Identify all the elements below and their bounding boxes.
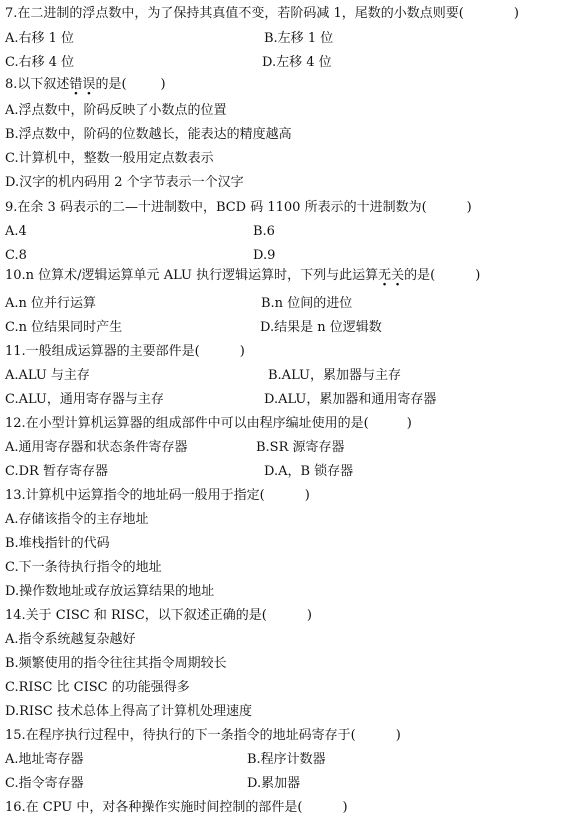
option-10c: C.n 位结果同时产生 bbox=[5, 320, 122, 336]
option-7b: B.左移 1 位 bbox=[264, 31, 333, 47]
option-14a: A.指令系统越复杂越好 bbox=[5, 632, 136, 648]
option-12c: C.DR 暂存寄存器 bbox=[5, 464, 108, 480]
question-8-stem: 8.以下叙述错误的是() bbox=[5, 77, 166, 93]
question-text: 13.计算机中运算指令的地址码一般用于指定( bbox=[5, 488, 265, 503]
question-text: 12.在小型计算机运算器的组成部件中可以由程序编址使用的是( bbox=[5, 416, 369, 431]
option-14c: C.RISC 比 CISC 的功能强得多 bbox=[5, 680, 190, 696]
question-text: 10.n 位算术/逻辑运算单元 ALU 执行逻辑运算时，下列与此运算 bbox=[5, 268, 378, 283]
question-15-stem: 15.在程序执行过程中，待执行的下一条指令的地址码寄存于() bbox=[5, 728, 401, 744]
option-12a: A.通用寄存器和状态条件寄存器 bbox=[5, 440, 188, 456]
option-15a: A.地址寄存器 bbox=[5, 752, 84, 768]
option-13d: D.操作数地址或存放运算结果的地址 bbox=[5, 584, 214, 600]
option-7c: C.右移 4 位 bbox=[5, 55, 74, 71]
question-text: 16.在 CPU 中，对各种操作实施时间控制的部件是( bbox=[5, 800, 302, 815]
question-12-stem: 12.在小型计算机运算器的组成部件中可以由程序编址使用的是() bbox=[5, 416, 412, 432]
question-11-stem: 11.一般组成运算器的主要部件是() bbox=[5, 344, 245, 360]
option-7d: D.左移 4 位 bbox=[262, 55, 332, 71]
option-13c: C.下一条待执行指令的地址 bbox=[5, 560, 162, 576]
option-15d: D.累加器 bbox=[247, 776, 300, 792]
question-10-stem: 10.n 位算术/逻辑运算单元 ALU 执行逻辑运算时，下列与此运算无关的是() bbox=[5, 268, 480, 284]
option-7a: A.右移 1 位 bbox=[5, 31, 74, 47]
blank-close: ) bbox=[396, 728, 401, 743]
option-11c: C.ALU，通用寄存器与主存 bbox=[5, 392, 164, 408]
option-8c: C.计算机中，整数一般用定点数表示 bbox=[5, 151, 214, 167]
question-14-stem: 14.关于 CISC 和 RISC，以下叙述正确的是() bbox=[5, 608, 312, 624]
blank-close: ) bbox=[467, 200, 472, 215]
option-12b: B.SR 源寄存器 bbox=[256, 440, 345, 456]
option-8d: D.汉字的机内码用 2 个字节表示一个汉字 bbox=[5, 175, 244, 191]
blank-close: ) bbox=[407, 416, 412, 431]
question-text: 9.在余 3 码表示的二—十进制数中，BCD 码 1100 所表示的十进制数为( bbox=[5, 200, 427, 215]
option-10d: D.结果是 n 位逻辑数 bbox=[260, 320, 382, 336]
emphasis-char: 关 bbox=[391, 268, 404, 283]
option-15b: B.程序计数器 bbox=[247, 752, 326, 768]
question-16-stem: 16.在 CPU 中，对各种操作实施时间控制的部件是() bbox=[5, 800, 348, 816]
blank-close: ) bbox=[161, 77, 166, 92]
option-13a: A.存储该指令的主存地址 bbox=[5, 512, 149, 528]
question-text: 8.以下叙述 bbox=[5, 77, 69, 92]
blank-close: ) bbox=[305, 488, 310, 503]
option-10a: A.n 位并行运算 bbox=[5, 296, 96, 312]
emphasis-char: 错 bbox=[69, 77, 82, 92]
question-9-stem: 9.在余 3 码表示的二—十进制数中，BCD 码 1100 所表示的十进制数为(… bbox=[5, 200, 472, 216]
question-text: 的是( bbox=[95, 77, 126, 92]
blank-close: ) bbox=[342, 800, 347, 815]
question-text: 的是( bbox=[404, 268, 435, 283]
question-text: 15.在程序执行过程中，待执行的下一条指令的地址码寄存于( bbox=[5, 728, 356, 743]
option-11b: B.ALU，累加器与主存 bbox=[268, 368, 401, 384]
option-11a: A.ALU 与主存 bbox=[5, 368, 90, 384]
option-9b: B.6 bbox=[253, 224, 275, 240]
option-12d: D.A，B 锁存器 bbox=[264, 464, 353, 480]
question-7-stem: 7.在二进制的浮点数中，为了保持其真值不变，若阶码减 1，尾数的小数点则要() bbox=[5, 6, 519, 22]
question-text: 7.在二进制的浮点数中，为了保持其真值不变，若阶码减 1，尾数的小数点则要( bbox=[5, 6, 464, 21]
blank-close: ) bbox=[514, 6, 519, 21]
question-13-stem: 13.计算机中运算指令的地址码一般用于指定() bbox=[5, 488, 310, 504]
option-14d: D.RISC 技术总体上得高了计算机处理速度 bbox=[5, 704, 252, 720]
option-11d: D.ALU，累加器和通用寄存器 bbox=[264, 392, 436, 408]
option-9d: D.9 bbox=[253, 248, 275, 264]
option-9a: A.4 bbox=[5, 224, 27, 240]
option-15c: C.指令寄存器 bbox=[5, 776, 84, 792]
blank-close: ) bbox=[240, 344, 245, 359]
blank-close: ) bbox=[307, 608, 312, 623]
option-8b: B.浮点数中，阶码的位数越长，能表达的精度越高 bbox=[5, 127, 292, 143]
option-10b: B.n 位间的进位 bbox=[261, 296, 352, 312]
option-8a: A.浮点数中，阶码反映了小数点的位置 bbox=[5, 103, 227, 119]
question-text: 11.一般组成运算器的主要部件是( bbox=[5, 344, 200, 359]
emphasis-char: 无 bbox=[378, 268, 391, 283]
option-9c: C.8 bbox=[5, 248, 27, 264]
blank-close: ) bbox=[475, 268, 480, 283]
question-text: 14.关于 CISC 和 RISC，以下叙述正确的是( bbox=[5, 608, 267, 623]
option-14b: B.频繁使用的指令往往其指令周期较长 bbox=[5, 656, 227, 672]
option-13b: B.堆栈指针的代码 bbox=[5, 536, 110, 552]
emphasis-char: 误 bbox=[82, 77, 95, 92]
